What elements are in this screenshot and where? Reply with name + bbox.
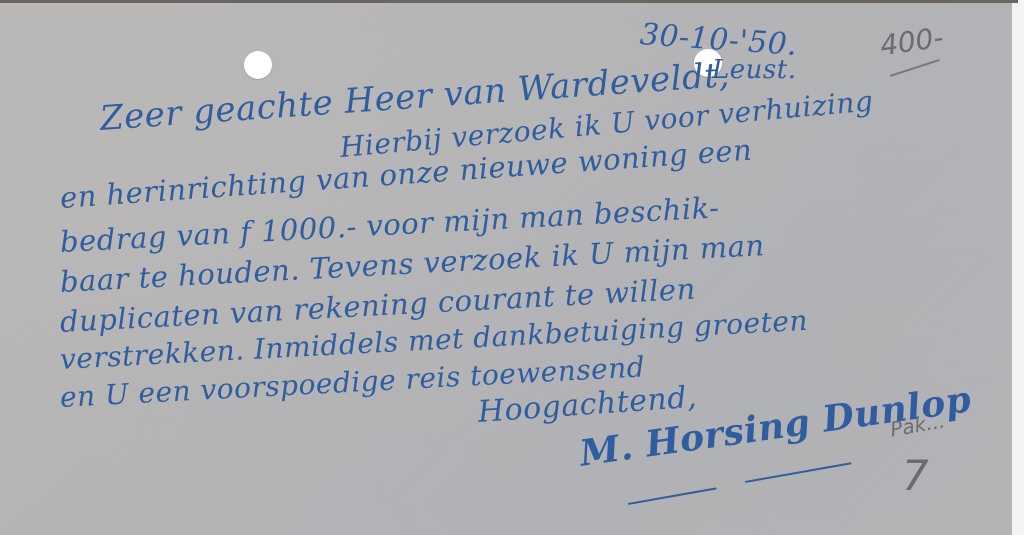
pencil-amount: 400-	[878, 21, 946, 63]
pencil-number: 7	[902, 451, 929, 500]
signature-underline-right	[745, 462, 852, 483]
pencil-amount-underline	[890, 59, 940, 77]
punch-hole-left	[244, 51, 272, 79]
signature-underline-left	[628, 487, 717, 505]
letter-card: 30-10-'50. Leust. 400- Zeer geachte Heer…	[0, 0, 1018, 535]
card-edge	[1012, 3, 1018, 535]
